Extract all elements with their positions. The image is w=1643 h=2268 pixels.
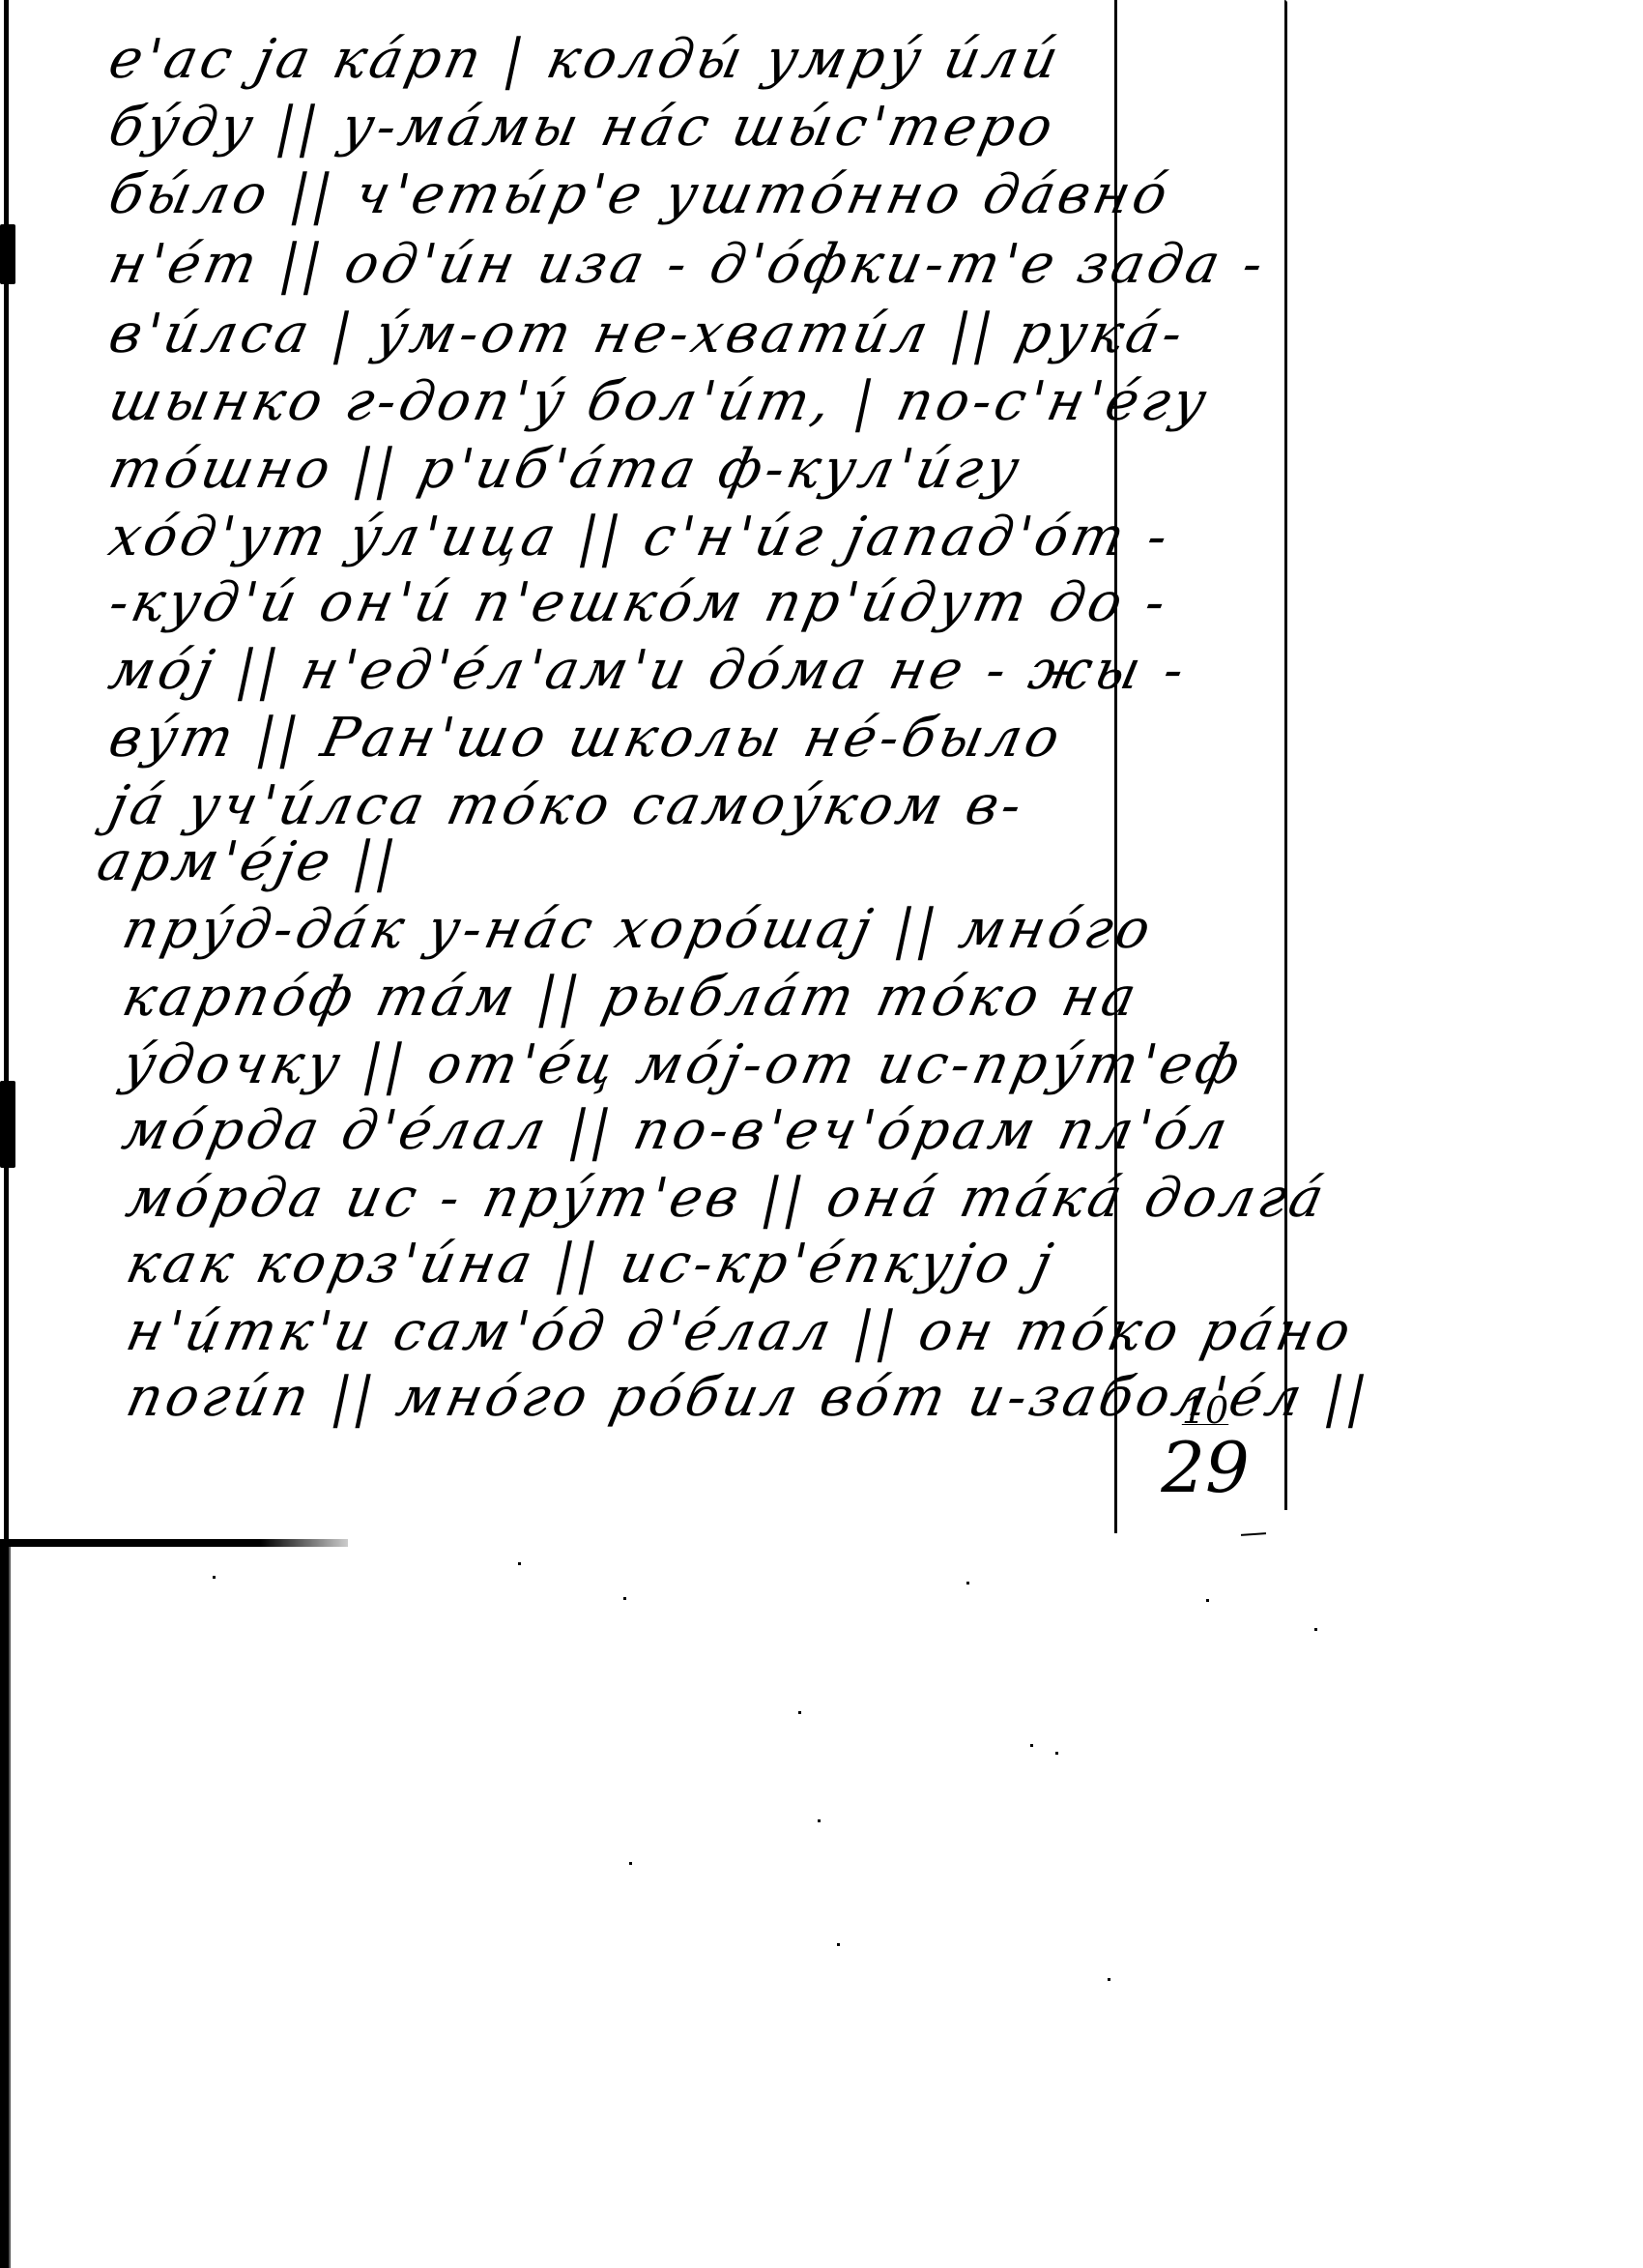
scan-speck [1206,1599,1209,1602]
binding-mark [0,1081,15,1168]
text-line: карпо́ф та́м || рыбла́т то́ко на [118,971,1144,1025]
right-edge-tail [1241,1532,1266,1536]
scan-speck [518,1562,521,1565]
scan-speck [1030,1744,1033,1747]
binding-mark [0,224,15,284]
text-line: хо́д'ут у́л'ица || с'н'и́г jапад'о́т - [104,510,1176,565]
scan-speck [213,1576,216,1579]
scan-speck [818,1819,821,1822]
text-line: то́шно || р'иб'а́та ф-кул'и́гу [104,443,1027,497]
scan-speck [798,1711,801,1714]
scan-speck [205,1350,208,1352]
text-line: мо́j || н'ед'е́л'ам'и до́ма не - жы - [104,644,1193,698]
scan-speck [1314,1628,1317,1631]
right-page-edge [1284,0,1287,1510]
text-line: бу́ду || у-ма́мы на́с шы́с'теро [104,101,1061,155]
text-line: н'и́тк'и сам'о́д д'е́лал || он то́ко ра́… [122,1305,1359,1359]
text-line: в'и́лса | у́м-от не-хвати́л || рука́- [104,307,1191,362]
text-line: н'е́т || од'и́н иза - д'о́фки-т'е зада - [104,238,1271,292]
text-line: шынко г-доп'у́ бол'и́т, | по-с'н'е́гу [104,375,1215,429]
left-page-shadow [0,1545,14,2268]
scan-speck [623,1597,626,1600]
text-line: е'ас ja ка́рп | колды́ умру́ и́ли́ [104,33,1066,87]
scan-speck [1055,1752,1058,1755]
scan-speck [629,1862,632,1865]
manuscript-page: е'ас ja ка́рп | колды́ умру́ и́ли́ бу́ду… [0,0,1643,2268]
bottom-page-edge [0,1539,348,1547]
text-line: бы́ло || ч'еты́р'е ушто́нно да́вно́ [104,168,1175,222]
text-line: арм'е́jе || [93,835,404,889]
text-line: мо́рда д'е́лал || по-в'еч'о́рам пл'о́л [118,1104,1235,1158]
old-folio-number: 10 [1152,1392,1258,1429]
text-line: jа́ уч'и́лса то́ко самоу́ком в- [104,779,1029,833]
text-line: мо́рда ис - пру́т'ев || она́ та́ка́ долг… [122,1172,1332,1226]
folio-number: 10 29 [1152,1392,1258,1502]
text-line: как корз'и́на || ис-кр'е́пкуjо j [122,1237,1060,1292]
text-line: пру́д-да́к у-на́с хоро́шаj || мно́го [118,903,1159,957]
scan-speck [1108,1978,1110,1981]
text-line: у́дочку || от'е́ц мо́j-от ис-пру́т'еф [118,1038,1248,1092]
text-line: -куд'и́ он'и́ п'ешко́м пр'и́дут до - [104,576,1174,630]
scan-speck [837,1943,840,1946]
scan-speck [966,1582,969,1585]
page-number: 29 [1152,1433,1258,1502]
text-line: ву́т || Ран'шо школы не́-было [104,712,1068,766]
